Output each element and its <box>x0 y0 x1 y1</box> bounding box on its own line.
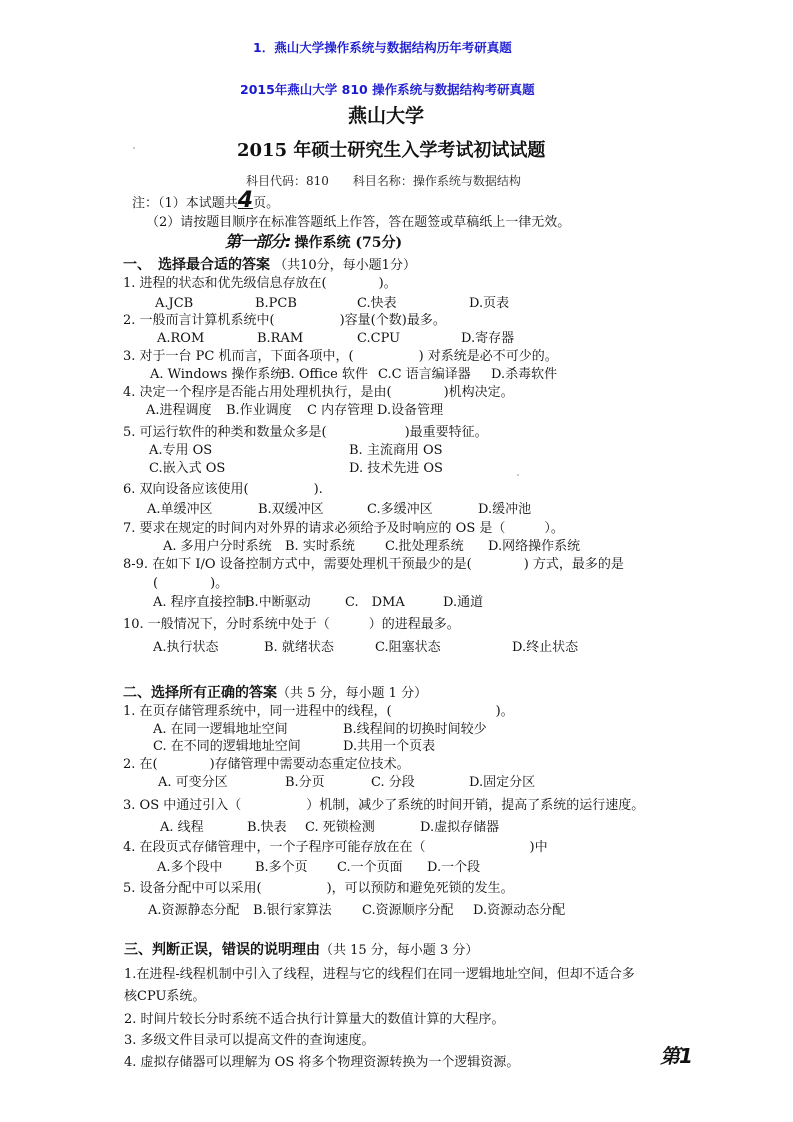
s1-q10-option-d: D.终止状态 <box>512 640 578 656</box>
s2-q4-stem: 4. 在段页式存储管理中，一个子程序可能存放在在（ )中 <box>123 840 548 856</box>
s1-q6-option-a: A.单缓冲区 <box>147 502 213 518</box>
s2-q2-option-a: A. 可变分区 <box>158 775 228 791</box>
s1-q8-9-option-c: C. DMA <box>345 595 405 611</box>
s1-q4-option-b: B.作业调度 <box>226 403 292 419</box>
part-title: 操作系统 (75分) <box>295 235 403 251</box>
s1-q5-stem: 5. 可运行软件的种类和数量众多是( )最重要特征。 <box>123 425 488 441</box>
s1-q8-9-option-b: B.中断驱动 <box>245 595 311 611</box>
s1-q4-option-c: C 内存管理 <box>307 403 373 419</box>
s1-q1-option-c: C.快表 <box>357 296 397 312</box>
s1-q4-option-d: D.设备管理 <box>377 403 443 419</box>
s2-q4-option-d: D.一个段 <box>427 860 480 876</box>
s1-q1-stem: 1. 进程的状态和优先级信息存放在( )。 <box>123 276 397 292</box>
s2-q5-option-d: D.资源动态分配 <box>473 903 565 919</box>
s1-q3-option-b: B. Office 软件 <box>281 367 368 383</box>
s1-q2-option-b: B.RAM <box>257 331 303 347</box>
section-2-title: 二、选择所有正确的答案 <box>123 685 277 701</box>
s1-q3-option-a: A. Windows 操作系统 <box>150 367 283 383</box>
paper-title: 2015年燕山大学 810 操作系统与数据结构考研真题 <box>240 82 535 98</box>
note-1-suffix: 页。 <box>253 196 279 211</box>
s1-q7-option-b: B. 实时系统 <box>285 539 355 555</box>
university-name: 燕山大学 <box>348 105 424 127</box>
s2-q5-option-a: A.资源静态分配 <box>148 903 240 919</box>
s1-q7-option-c: C.批处理系统 <box>385 539 464 555</box>
s1-q1-option-d: D.页表 <box>469 296 509 312</box>
s1-q5-option-c: C.嵌入式 OS <box>149 461 225 477</box>
exam-title: 2015 年硕士研究生入学考试初试试题 <box>237 140 545 162</box>
s1-q6-option-c: C.多缓冲区 <box>367 502 433 518</box>
s1-q8-9-option-a: A. 程序直接控制 <box>153 595 249 611</box>
note-2: （2）请按题目顺序在标准答题纸上作答，答在题签或草稿纸上一律无效。 <box>146 215 570 231</box>
s2-q4-option-c: C.一个页面 <box>337 860 403 876</box>
s1-q4-stem: 4. 决定一个程序是否能占用处理机执行，是由( )机构决定。 <box>123 385 514 401</box>
s3-item-1: 1.在进程-线程机制中引入了线程，进程与它的线程们在同一逻辑地址空间，但却不适合… <box>124 967 635 983</box>
s2-q2-option-b: B.分页 <box>285 775 325 791</box>
section-2-heading: 二、选择所有正确的答案（共 5 分，每小题 1 分） <box>123 685 427 702</box>
s1-q7-stem: 7. 要求在规定的时间内对外界的请求必须给予及时响应的 OS 是（ ）。 <box>123 521 564 537</box>
s1-q10-option-c: C.阻塞状态 <box>375 640 441 656</box>
s2-q3-stem: 3. OS 中通过引入（ ）机制，减少了系统的时间开销，提高了系统的运行速度。 <box>123 798 644 814</box>
section-3-title: 三、判断正误，错误的说明理由 <box>124 942 320 958</box>
s2-q1-option-c: C. 在不同的逻辑地址空间 <box>153 739 301 755</box>
s1-q5-option-a: A.专用 OS <box>149 443 212 459</box>
s1-q10-option-b: B. 就绪状态 <box>264 640 334 656</box>
s2-q3-option-d: D.虚拟存储器 <box>420 820 499 836</box>
s2-q1-option-a: A. 在同一逻辑地址空间 <box>153 722 288 738</box>
s2-q5-option-b: B.银行家算法 <box>253 903 332 919</box>
s2-q1-option-b: B.线程间的切换时间较少 <box>343 722 487 738</box>
page-mark-handwritten: 第1 <box>660 1048 692 1064</box>
s1-q6-option-b: B.双缓冲区 <box>258 502 324 518</box>
section-3-note: （共 15 分，每小题 3 分） <box>320 943 478 958</box>
s2-q3-option-b: B.快表 <box>247 820 287 836</box>
scan-speck <box>517 474 519 476</box>
section-3-heading: 三、判断正误，错误的说明理由（共 15 分，每小题 3 分） <box>124 942 478 959</box>
s1-q6-option-d: D.缓冲池 <box>478 502 531 518</box>
s2-q2-option-d: D.固定分区 <box>469 775 535 791</box>
s2-q3-option-c: C. 死锁检测 <box>305 820 375 836</box>
s3-item-4: 4. 虚拟存储器可以理解为 OS 将多个物理资源转换为一个逻辑资源。 <box>124 1055 519 1071</box>
note-1-prefix: 注：（1）本试题共 <box>132 196 238 211</box>
s3-item-3: 3. 多级文件目录可以提高文件的查询速度。 <box>124 1033 375 1049</box>
s2-q1-option-d: D.共用一个页表 <box>343 739 435 755</box>
s1-q5-option-b: B. 主流商用 OS <box>349 443 443 459</box>
s1-q3-option-c: C.C 语言编译器 <box>378 367 471 383</box>
s2-q3-option-a: A. 线程 <box>160 820 204 836</box>
section-2-note: （共 5 分，每小题 1 分） <box>277 686 427 701</box>
s1-q8-9-stem-cont: ( )。 <box>153 576 228 592</box>
s2-q1-stem: 1. 在页存储管理系统中，同一进程中的线程，( )。 <box>123 704 514 720</box>
s1-q3-option-d: D.杀毒软件 <box>491 367 557 383</box>
part-heading: 第一部分: 操作系统 (75分) <box>225 234 402 252</box>
section-1-note: （共10分，每小题1分） <box>274 258 416 273</box>
s1-q4-option-a: A.进程调度 <box>146 403 212 419</box>
s2-q2-option-c: C. 分段 <box>371 775 415 791</box>
s2-q5-option-c: C.资源顺序分配 <box>362 903 454 919</box>
s1-q2-option-d: D.寄存器 <box>461 331 514 347</box>
subject-line: 科目代码：810 科目名称：操作系统与数据结构 <box>246 173 521 189</box>
s1-q8-9-stem: 8-9. 在如下 I/O 设备控制方式中，需要处理机干预最少的是( ) 方式，最… <box>123 557 624 573</box>
s2-q4-option-b: B.多个页 <box>255 860 308 876</box>
s1-q10-stem: 10. 一般情况下，分时系统中处于（ ）的进程最多。 <box>123 617 460 633</box>
s1-q7-option-a: A. 多用户分时系统 <box>163 539 272 555</box>
s1-q5-option-d: D. 技术先进 OS <box>349 461 443 477</box>
s1-q8-9-option-d: D.通道 <box>443 595 483 611</box>
note-1: 注：（1）本试题共4页。 <box>132 193 279 212</box>
s1-q10-option-a: A.执行状态 <box>153 640 219 656</box>
s2-q2-stem: 2. 在( )存储管理中需要动态重定位技术。 <box>123 757 410 773</box>
s1-q2-option-a: A.ROM <box>157 331 204 347</box>
s2-q4-option-a: A.多个段中 <box>157 860 223 876</box>
s1-q3-stem: 3. 对于一台 PC 机而言，下面各项中，( ) 对系统是必不可少的。 <box>123 349 558 365</box>
s1-q7-option-d: D.网络操作系统 <box>488 539 580 555</box>
s1-q2-stem: 2. 一般而言计算机系统中( )容量(个数)最多。 <box>123 313 446 329</box>
s1-q1-option-b: B.PCB <box>255 296 297 312</box>
section-1-title: 一、 选择最合适的答案 <box>123 257 270 273</box>
s1-q6-stem: 6. 双向设备应该使用( ). <box>123 482 323 498</box>
s1-q1-option-a: A.JCB <box>155 296 193 312</box>
series-title: 1．燕山大学操作系统与数据结构历年考研真题 <box>253 40 512 56</box>
s3-item-2: 2. 时间片较长分时系统不适合执行计算量大的数值计算的大程序。 <box>124 1012 505 1028</box>
page-count-handwritten: 4 <box>238 188 253 213</box>
section-1-heading: 一、 选择最合适的答案 （共10分，每小题1分） <box>123 257 416 274</box>
s1-q2-option-c: C.CPU <box>357 331 400 347</box>
scan-speck <box>133 147 135 149</box>
s3-item-1-cont: 核CPU系统。 <box>124 989 205 1005</box>
part-handwritten-label: 第一部分: <box>225 232 290 251</box>
s2-q5-stem: 5. 设备分配中可以采用( )，可以预防和避免死锁的发生。 <box>123 881 514 897</box>
